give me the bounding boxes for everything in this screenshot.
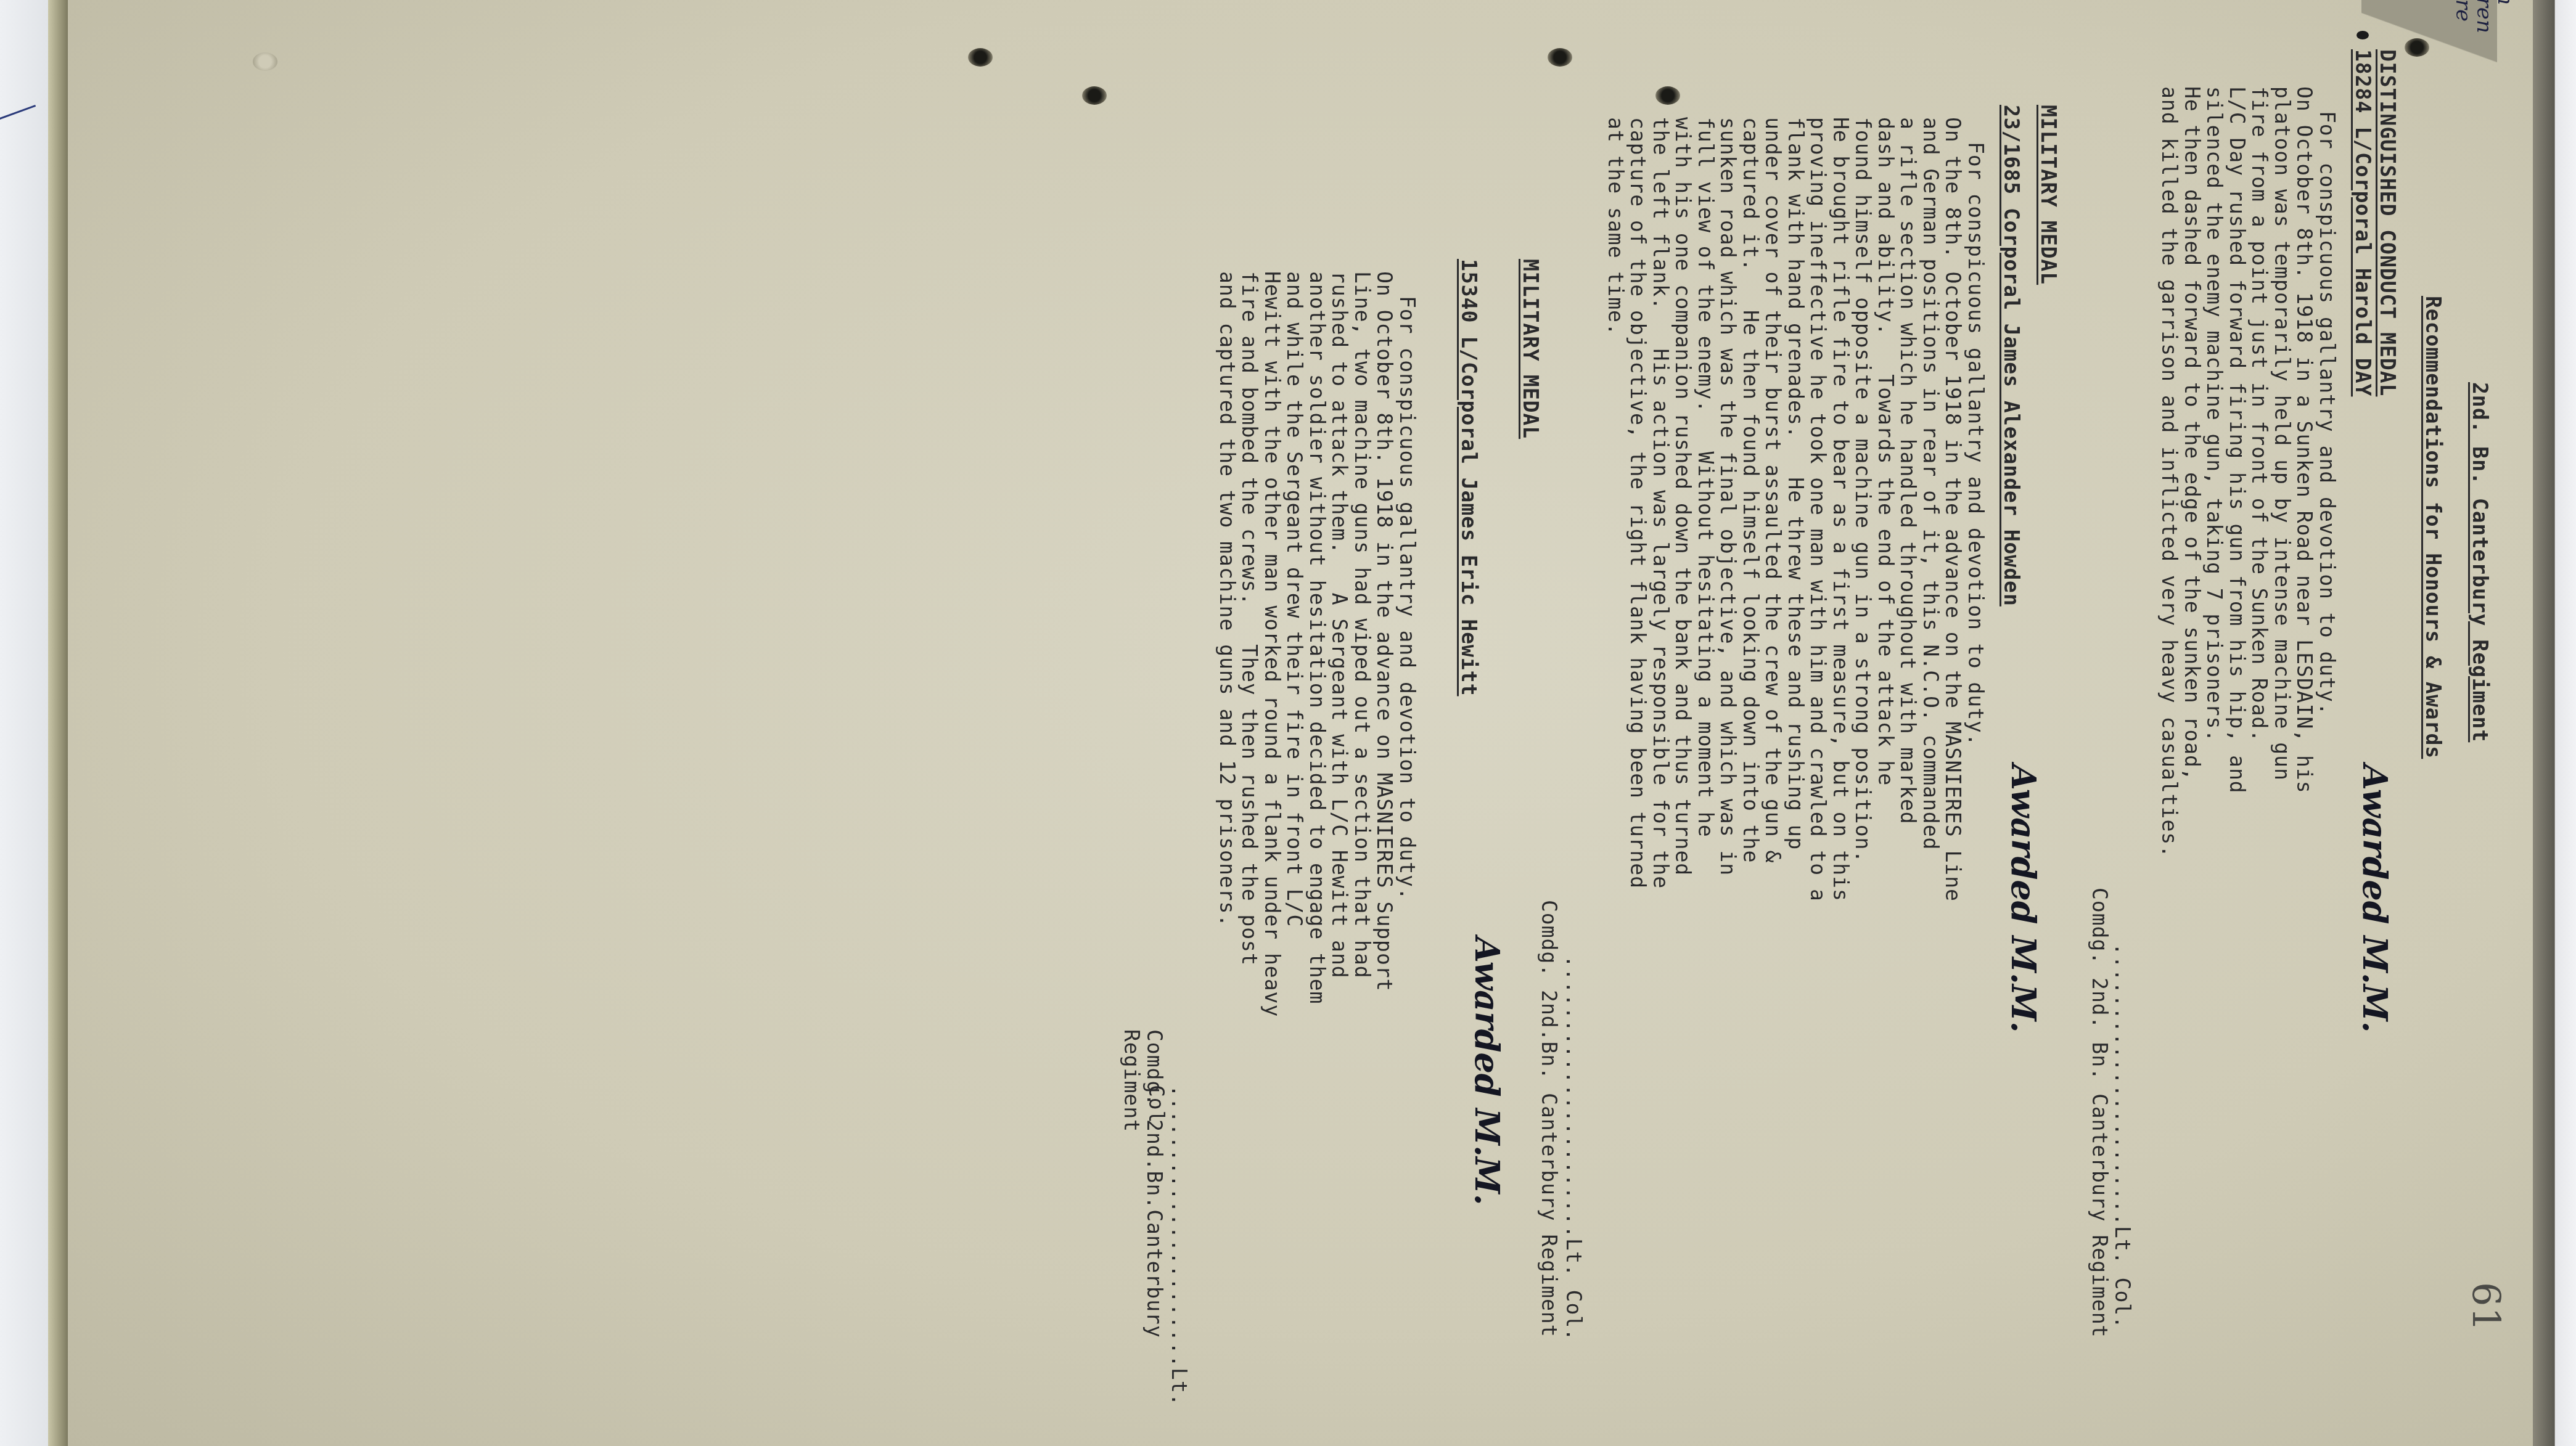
- body-line: under cover of their burst assaulted the…: [1762, 117, 1784, 902]
- body-line: full view of the enemy. Without hesitati…: [1694, 117, 1717, 902]
- main-heading: Recommendations for Honours & Awards: [2422, 296, 2445, 759]
- section-1-signature-title: Comdg. 2nd. Bn. Canterbury Regiment: [2088, 888, 2111, 1338]
- section-1-body: For conspicuous gallantry and devotion t…: [2158, 86, 2338, 858]
- marginal-note-line: 16th: [2495, 0, 2516, 33]
- section-2-recipient: 23/1685 Corporal James Alexander Howden: [2000, 105, 2023, 607]
- body-line: with his one companion rushed down the b…: [1672, 117, 1694, 902]
- backing-sheet: [0, 0, 55, 1446]
- section-2-award-heading: MILITARY MEDAL: [2037, 105, 2060, 285]
- body-line: another soldier without hesitation decid…: [1306, 271, 1329, 1017]
- body-line: capture of the objective, the right flan…: [1626, 117, 1649, 902]
- folder-edge: [2533, 0, 2576, 1446]
- body-line: fire from a point just in front of the S…: [2248, 86, 2271, 858]
- body-line: Hewitt with the other man worked round a…: [1261, 271, 1284, 1017]
- body-line: a rifle section which he handled through…: [1897, 117, 1919, 902]
- section-3-signature-title: Comdg. 2nd.Bn.Canterbury Regiment: [1120, 1029, 1165, 1418]
- pen-mark: [0, 105, 49, 156]
- section-3-handwritten-award: Awarded M.M.: [1476, 937, 1499, 1205]
- body-line: He brought rifle fire to bear as a first…: [1829, 117, 1852, 902]
- body-line: On the 8th. October 1918 in the advance …: [1942, 117, 1964, 902]
- body-line: and German positions in rear of it, this…: [1919, 117, 1942, 902]
- marginal-note: 16th w/Bren Ochre: [2453, 0, 2516, 33]
- body-line: and while the Sergeant drew their fire i…: [1283, 271, 1306, 1017]
- body-line: fire and bombed the crews. They then rus…: [1238, 271, 1261, 1017]
- section-3-body: For conspicuous gallantry and devotion t…: [1216, 271, 1419, 1017]
- marginal-note-line: w/Bren: [2474, 0, 2495, 33]
- body-line: L/C Day rushed forward firing his gun fr…: [2226, 86, 2249, 858]
- section-1-handwritten-award: Awarded M.M.: [2364, 764, 2387, 1032]
- body-line: silenced the enemy machine gun, taking 7…: [2203, 86, 2226, 858]
- section-1-recipient: 18284 L/Corporal Harold DAY: [2352, 49, 2374, 396]
- regiment-heading: 2nd. Bn. Canterbury Regiment: [2469, 382, 2492, 742]
- section-3-award-heading: MILITARY MEDAL: [1519, 259, 1542, 439]
- body-line: For conspicuous gallantry and devotion t…: [2316, 86, 2339, 858]
- typed-page: 2nd. Bn. Canterbury Regiment Recommendat…: [456, 37, 2491, 1418]
- body-line: On October 8th. 1918 in a Sunken Road ne…: [2293, 86, 2316, 858]
- section-3-recipient: 15340 L/Corporal James Eric Hewitt: [1458, 259, 1480, 696]
- body-line: and captured the two machine guns and 12…: [1216, 271, 1239, 1017]
- body-line: and killed the garrison and inflicted ve…: [2158, 86, 2181, 858]
- body-line: found himself opposite a machine gun in …: [1852, 117, 1874, 902]
- body-line: He then dashed forward to the edge of th…: [2181, 86, 2204, 858]
- body-line: at the same time.: [1604, 117, 1627, 902]
- page-number: 61: [2475, 1282, 2498, 1332]
- body-line: captured it. He then found himself looki…: [1739, 117, 1762, 902]
- body-line: For conspicuous gallantry and devotion t…: [1964, 117, 1987, 902]
- body-line: rushed to attack them. A Sergeant with L…: [1328, 271, 1351, 1017]
- body-line: platoon was temporarily held up by inten…: [2271, 86, 2294, 858]
- section-2-signature-line: ......................Lt. Col.: [1562, 955, 1585, 1341]
- body-line: dash and ability. Towards the end of the…: [1874, 117, 1897, 902]
- body-line: For conspicuous gallantry and devotion t…: [1396, 271, 1419, 1017]
- section-2-handwritten-award: Awarded M.M.: [2012, 764, 2035, 1032]
- body-line: sunken road which was the final objectiv…: [1717, 117, 1739, 902]
- body-line: the left flank. His action was largely r…: [1649, 117, 1672, 902]
- punch-hole: [253, 52, 277, 71]
- body-line: Line, two machine guns had wiped out a s…: [1351, 271, 1374, 1017]
- body-line: flank with hand grenades. He threw these…: [1784, 117, 1807, 902]
- section-2-signature-title: Comdg. 2nd.Bn. Canterbury Regiment: [1538, 900, 1561, 1338]
- marginal-note-line: Ochre: [2453, 0, 2474, 33]
- hole-punch-mark: [2357, 31, 2369, 39]
- section-1-signature-line: ......................Lt. Col.: [2111, 943, 2134, 1329]
- section-2-body: For conspicuous gallantry and devotion t…: [1604, 117, 1987, 902]
- body-line: On October 8th. 1918 in the advance on M…: [1373, 271, 1396, 1017]
- section-1-award-heading: DISTINGUISHED CONDUCT MEDAL: [2376, 49, 2399, 396]
- body-line: proving ineffective he took one man with…: [1807, 117, 1829, 902]
